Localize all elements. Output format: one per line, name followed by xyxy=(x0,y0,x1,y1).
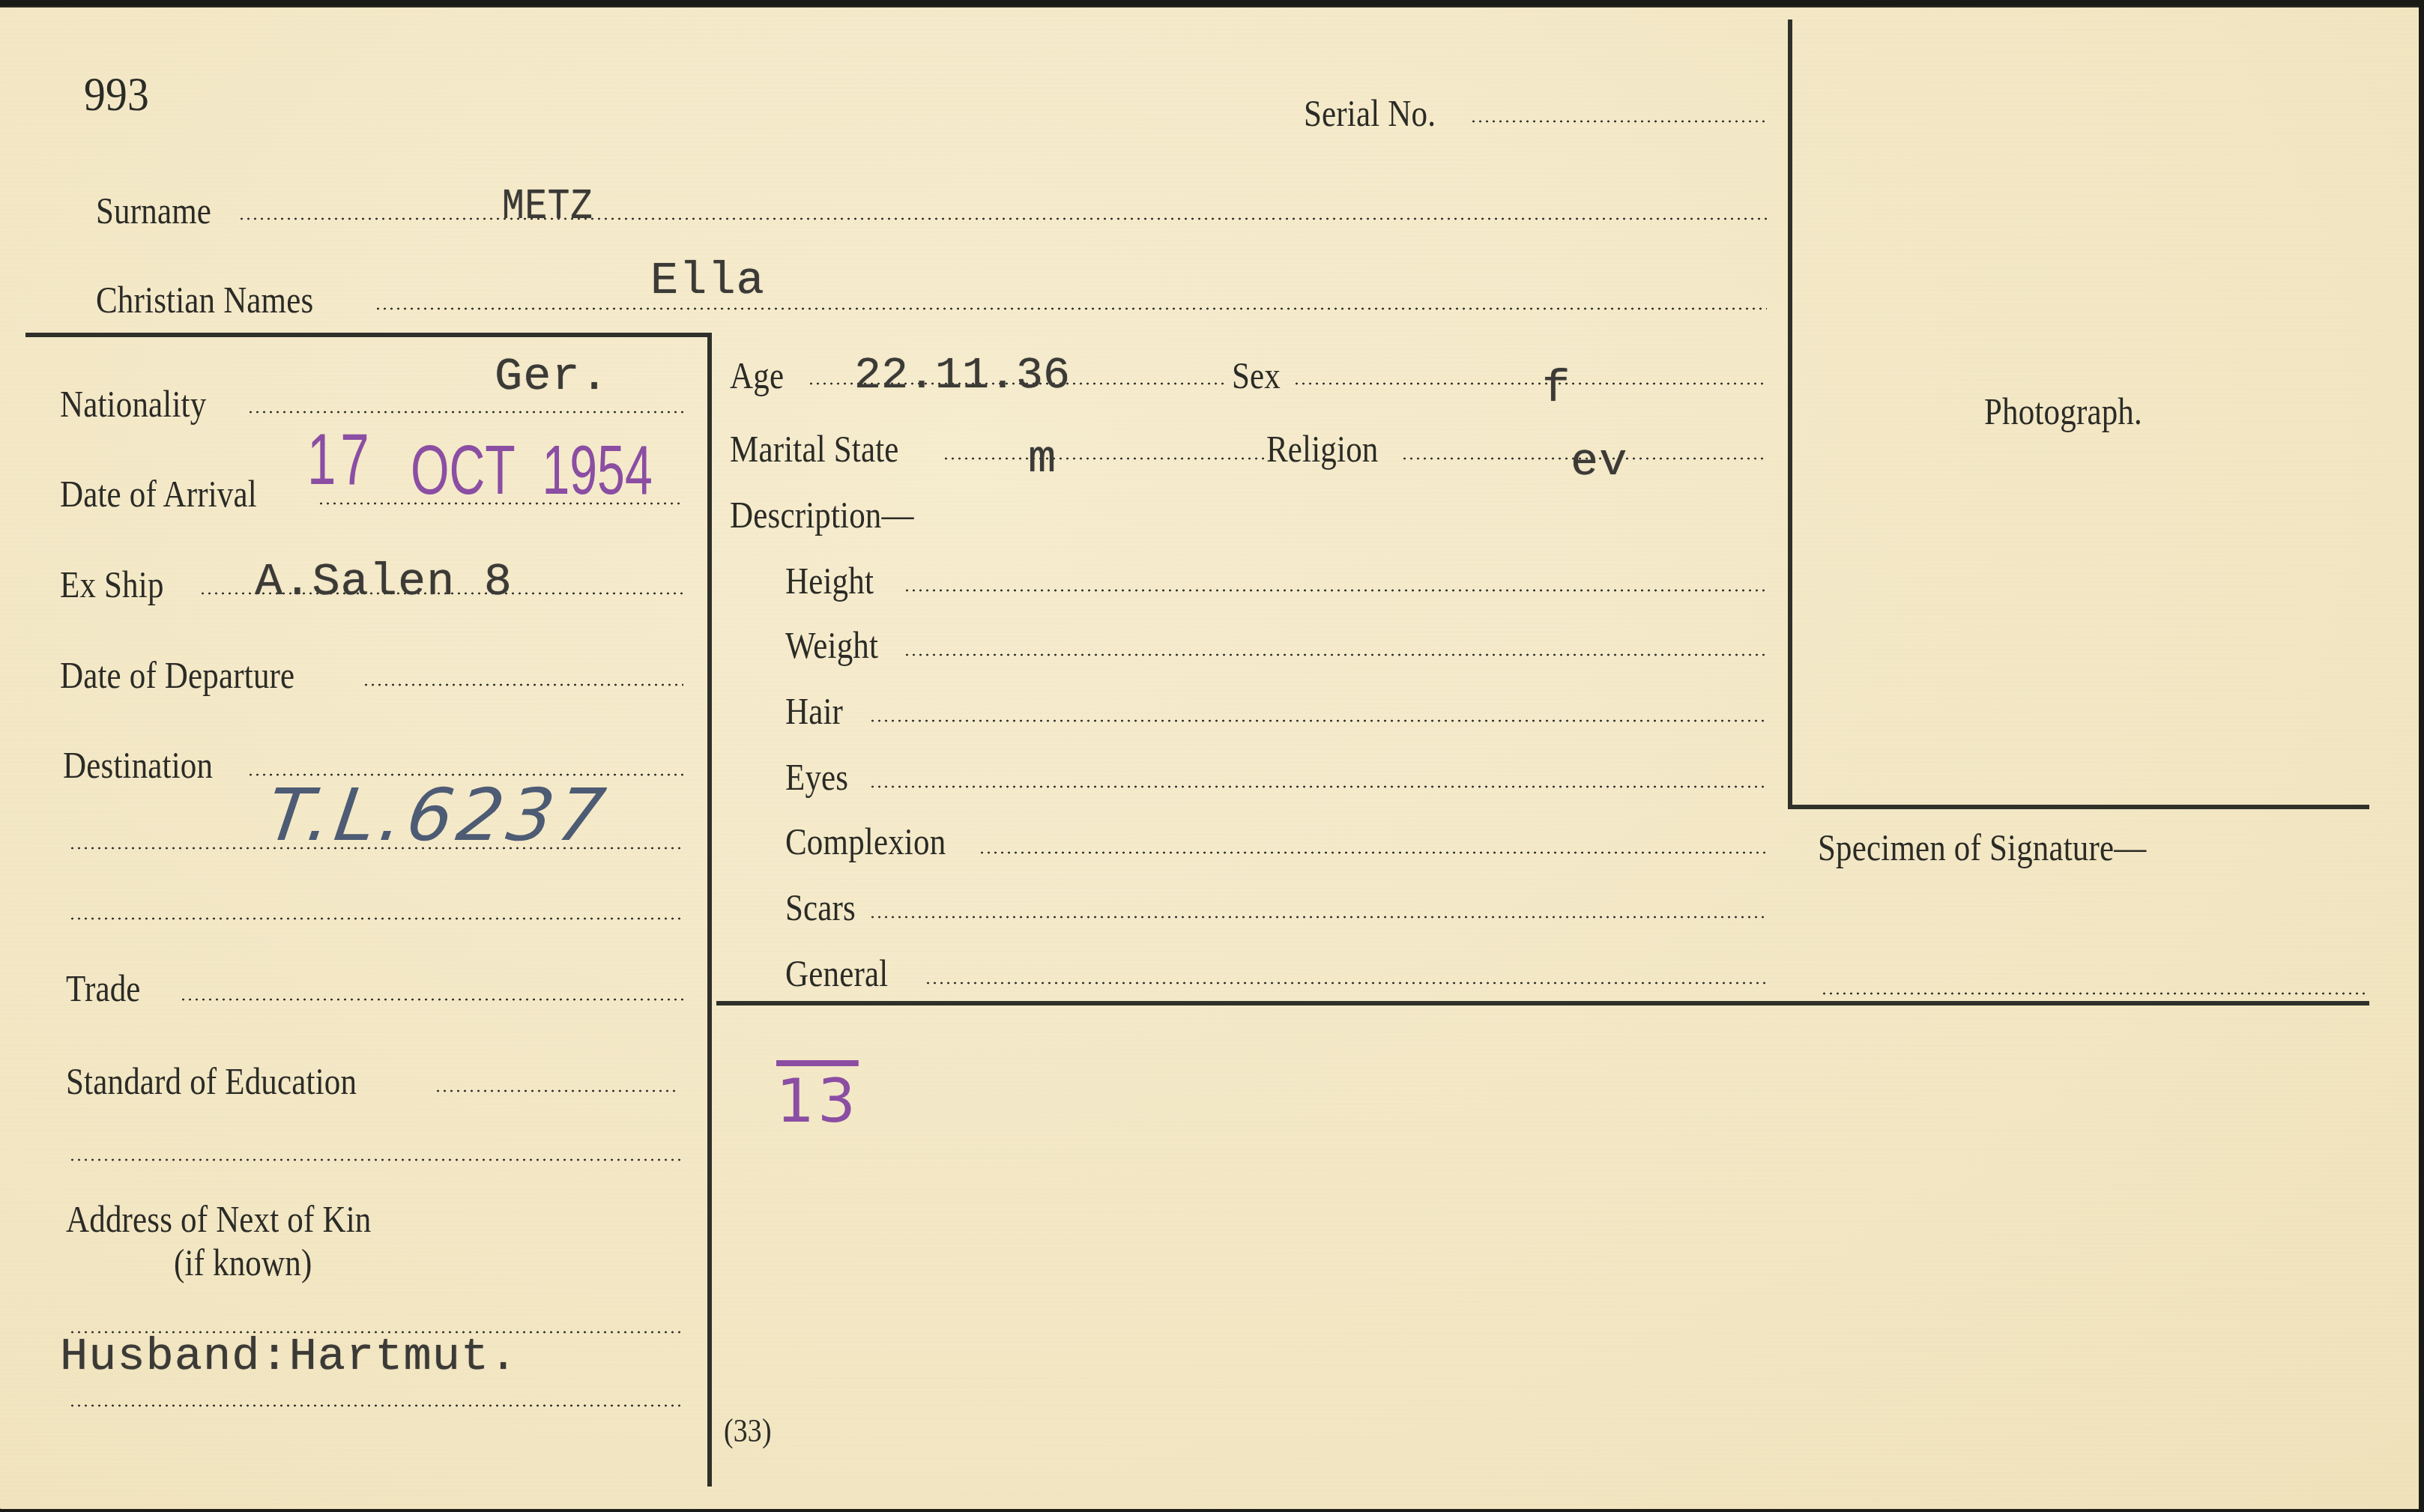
photo-box-divider xyxy=(1788,19,1792,809)
date-of-arrival-stamp: OCT 1954 xyxy=(411,436,653,505)
scars-label: Scars xyxy=(785,889,856,926)
marital-state-field[interactable] xyxy=(943,457,1265,460)
christian-names-field[interactable] xyxy=(375,307,1767,310)
age-value: 22.11.36 xyxy=(854,354,1070,399)
date-of-departure-field[interactable] xyxy=(363,683,683,686)
next-of-kin-field-line-2[interactable] xyxy=(69,1404,683,1407)
signature-label: Specimen of Signature— xyxy=(1818,829,2146,866)
ex-ship-value: A.Salen 8 xyxy=(255,559,513,605)
trade-field[interactable] xyxy=(180,998,683,1001)
date-of-arrival-stamp-day: 17 xyxy=(307,424,373,496)
religion-label: Religion xyxy=(1266,430,1378,468)
immigration-record-card: 993 Serial No. Surname METZ Christian Na… xyxy=(0,6,2419,1509)
age-label: Age xyxy=(730,357,784,394)
destination-field-line-3[interactable] xyxy=(69,917,683,920)
religion-value: ev xyxy=(1571,439,1627,486)
card-number: 993 xyxy=(84,70,149,118)
marital-state-value: m xyxy=(1028,436,1057,483)
complexion-field[interactable] xyxy=(979,851,1767,854)
next-of-kin-sublabel: (if known) xyxy=(174,1244,312,1281)
photo-box-bottom-rule xyxy=(1788,805,2369,809)
next-of-kin-label: Address of Next of Kin xyxy=(66,1200,371,1238)
signature-field[interactable] xyxy=(1821,992,2368,995)
serial-no-label: Serial No. xyxy=(1304,94,1436,132)
weight-field[interactable] xyxy=(904,653,1767,656)
left-box-top-rule xyxy=(25,333,710,337)
height-field[interactable] xyxy=(904,589,1767,592)
christian-names-label: Christian Names xyxy=(96,281,313,318)
complexion-label: Complexion xyxy=(785,823,946,860)
scars-field[interactable] xyxy=(869,916,1767,919)
sex-label: Sex xyxy=(1232,357,1281,394)
general-label: General xyxy=(785,955,888,992)
surname-field[interactable] xyxy=(238,217,1767,220)
education-field[interactable] xyxy=(435,1089,679,1092)
serial-no-field[interactable] xyxy=(1470,120,1766,123)
education-label: Standard of Education xyxy=(66,1062,357,1100)
description-heading: Description— xyxy=(730,496,914,533)
surname-value: METZ xyxy=(502,186,593,229)
nationality-field[interactable] xyxy=(247,411,683,414)
sex-field[interactable] xyxy=(1293,382,1767,385)
destination-value: T.L.6237 xyxy=(263,779,614,851)
height-label: Height xyxy=(785,562,874,599)
date-of-departure-label: Date of Departure xyxy=(60,656,294,694)
form-code: (33) xyxy=(724,1415,772,1448)
weight-label: Weight xyxy=(785,626,878,664)
eyes-label: Eyes xyxy=(785,758,848,796)
hair-field[interactable] xyxy=(869,719,1767,722)
surname-label: Surname xyxy=(96,192,211,229)
ex-ship-label: Ex Ship xyxy=(60,566,164,603)
eyes-field[interactable] xyxy=(869,785,1767,788)
general-field[interactable] xyxy=(925,982,1767,985)
christian-names-value: Ella xyxy=(650,258,765,304)
date-of-arrival-label: Date of Arrival xyxy=(60,475,257,512)
purple-annotation: 13 xyxy=(776,1071,859,1131)
description-bottom-rule xyxy=(716,1001,2369,1006)
marital-state-label: Marital State xyxy=(730,430,899,468)
sex-value: f xyxy=(1542,366,1571,412)
nationality-value: Ger. xyxy=(495,354,609,400)
left-column-divider xyxy=(707,333,712,1487)
education-field-line-2[interactable] xyxy=(69,1158,683,1161)
destination-label: Destination xyxy=(63,746,213,784)
nationality-label: Nationality xyxy=(60,385,206,423)
photograph-area xyxy=(1795,22,2368,802)
next-of-kin-value: Husband:Hartmut. xyxy=(60,1334,518,1380)
hair-label: Hair xyxy=(785,692,843,730)
trade-label: Trade xyxy=(66,970,141,1007)
